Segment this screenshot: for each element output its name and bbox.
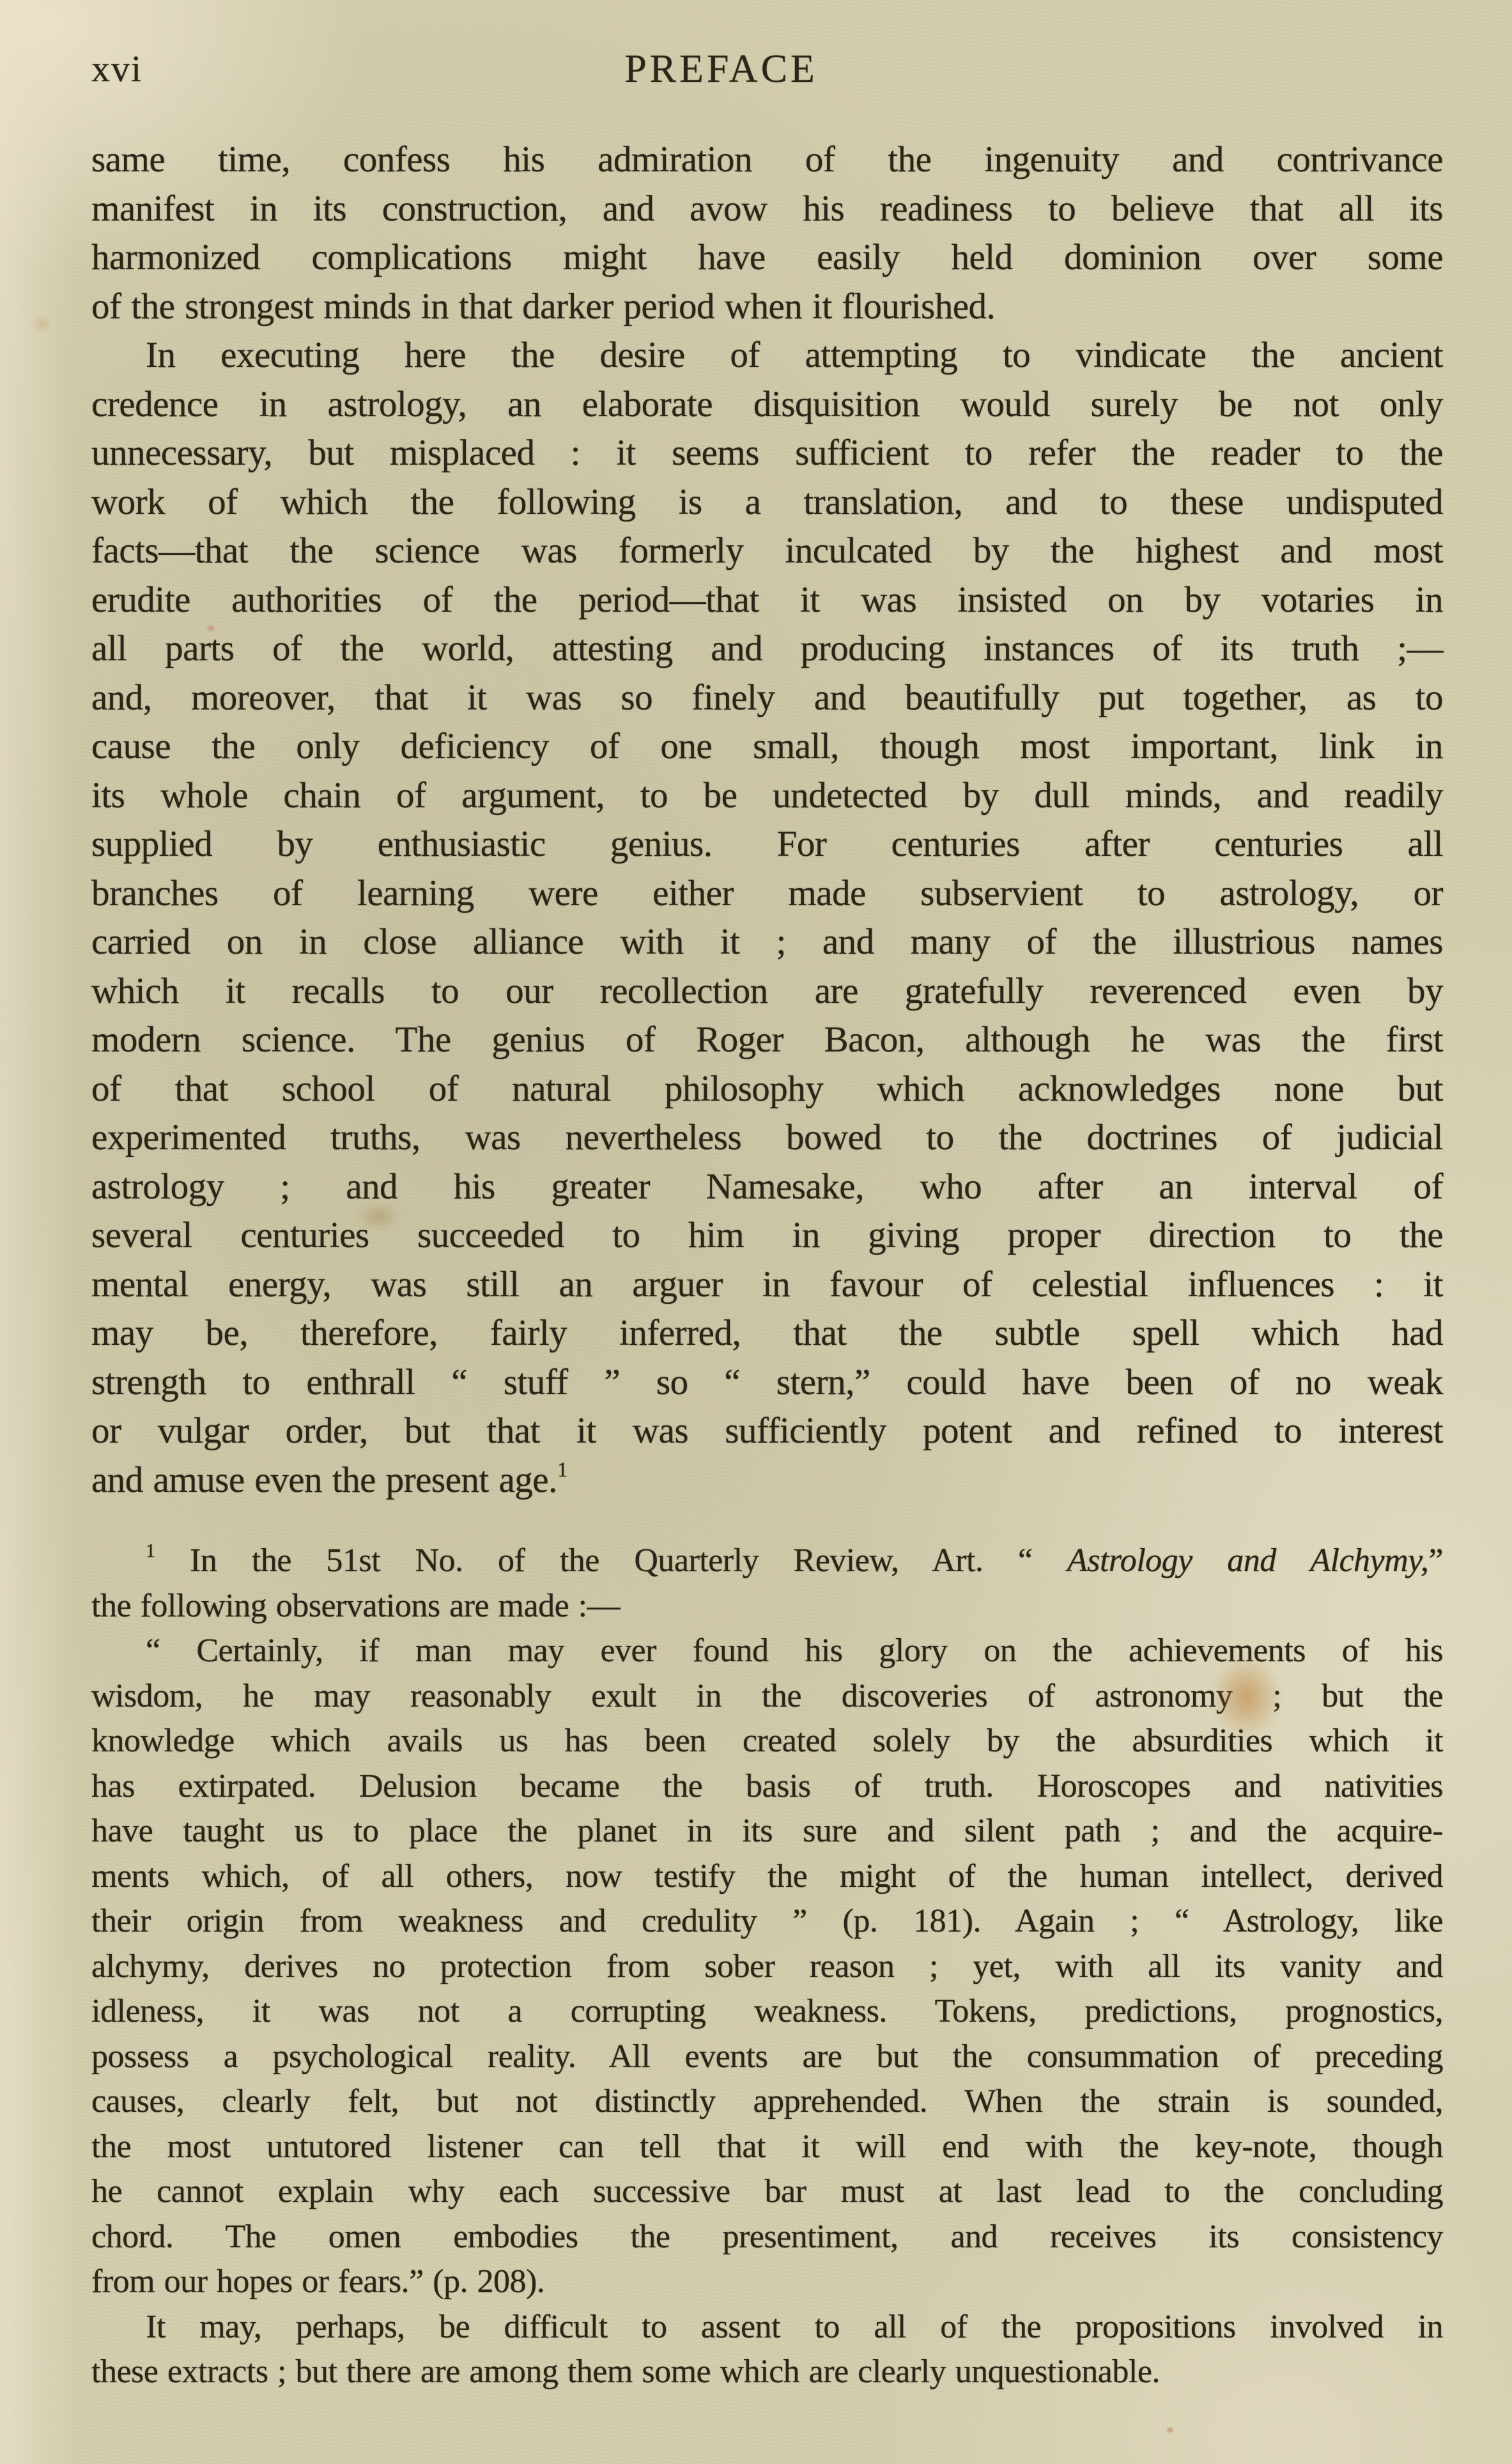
text-line: unnecessary, but misplaced : it seems su… (91, 429, 1443, 478)
text-line: which it recalls to our recollection are… (91, 967, 1443, 1016)
text-line: facts—that the science was formerly incu… (91, 527, 1443, 576)
text-line: idleness, it was not a corrupting weakne… (91, 1989, 1443, 2034)
paper-speck (1166, 2426, 1175, 2434)
text-line: experimented truths, was nevertheless bo… (91, 1113, 1443, 1163)
text-line: or vulgar order, but that it was suffici… (91, 1407, 1443, 1456)
text-line: strength to enthrall “ stuff ” so “ ster… (91, 1358, 1443, 1407)
page-header: xvi PREFACE (91, 42, 1443, 96)
text-line: several centuries succeeded to him in gi… (91, 1211, 1443, 1260)
text-line: ments which, of all others, now testify … (91, 1854, 1443, 1900)
scanned-book-page: xvi PREFACE same time, confess his admir… (0, 0, 1512, 2464)
text-line: causes, clearly felt, but not distinctly… (91, 2079, 1443, 2125)
paragraph: “ Certainly, if man may ever found his g… (91, 1629, 1443, 2305)
text-line: has extirpated. Delusion became the basi… (91, 1764, 1443, 1809)
text-line: manifest in its construction, and avow h… (91, 185, 1443, 234)
text-line: from our hopes or fears.” (p. 208). (91, 2259, 1443, 2305)
text-line: supplied by enthusiastic genius. For cen… (91, 820, 1443, 869)
text-line: mental energy, was still an arguer in fa… (91, 1260, 1443, 1310)
text-line: of that school of natural philosophy whi… (91, 1065, 1443, 1114)
text-line: possess a psychological reality. All eve… (91, 2034, 1443, 2080)
text-line: of the strongest minds in that darker pe… (91, 283, 1443, 332)
text-line: In executing here the desire of attempti… (91, 331, 1443, 380)
text-line: the most untutored listener can tell tha… (91, 2125, 1443, 2170)
text-line: all parts of the world, attesting and pr… (91, 624, 1443, 674)
text-line: “ Certainly, if man may ever found his g… (91, 1629, 1443, 1674)
paragraph: In executing here the desire of attempti… (91, 331, 1443, 1505)
footnote-marker: 1 (146, 1540, 155, 1561)
text-line: carried on in close alliance with it ; a… (91, 918, 1443, 967)
paragraph: same time, confess his admiration of the… (91, 136, 1443, 331)
text-line: their origin from weakness and credulity… (91, 1899, 1443, 1944)
italic-text: Astrology and Alchymy, (1067, 1542, 1428, 1579)
text-line: modern science. The genius of Roger Baco… (91, 1016, 1443, 1065)
text-line: astrology ; and his greater Namesake, wh… (91, 1163, 1443, 1212)
body-text: same time, confess his admiration of the… (91, 136, 1443, 1505)
text-line: the following observations are made :— (91, 1584, 1443, 1629)
paragraph: It may, perhaps, be difficult to assent … (91, 2305, 1443, 2395)
text-line: may be, therefore, fairly inferred, that… (91, 1309, 1443, 1358)
text-line: he cannot explain why each successive ba… (91, 2169, 1443, 2215)
text-line: cause the only deficiency of one small, … (91, 722, 1443, 771)
text-line: work of which the following is a transla… (91, 478, 1443, 527)
text-line: It may, perhaps, be difficult to assent … (91, 2305, 1443, 2350)
footnote-marker: 1 (557, 1459, 567, 1482)
footnote-text: 1 In the 51st No. of the Quarterly Revie… (91, 1538, 1443, 2395)
text-line: and, moreover, that it was so finely and… (91, 674, 1443, 723)
text-line: knowledge which avails us has been creat… (91, 1719, 1443, 1764)
text-line: its whole chain of argument, to be undet… (91, 771, 1443, 821)
text-line: erudite authorities of the period—that i… (91, 576, 1443, 625)
paragraph: 1 In the 51st No. of the Quarterly Revie… (91, 1538, 1443, 1629)
text-line: these extracts ; but there are among the… (91, 2350, 1443, 2395)
text-line: have taught us to place the planet in it… (91, 1809, 1443, 1854)
page-title: PREFACE (45, 42, 1397, 96)
paper-speck (31, 314, 52, 334)
text-line: credence in astrology, an elaborate disq… (91, 380, 1443, 430)
text-line: branches of learning were either made su… (91, 869, 1443, 918)
text-line: and amuse even the present age.1 (91, 1456, 1443, 1505)
text-line: same time, confess his admiration of the… (91, 136, 1443, 185)
text-line: chord. The omen embodies the presentimen… (91, 2215, 1443, 2260)
text-line: alchymy, derives no protection from sobe… (91, 1944, 1443, 1990)
text-line: 1 In the 51st No. of the Quarterly Revie… (91, 1538, 1443, 1584)
text-line: harmonized complications might have easi… (91, 233, 1443, 283)
text-line: wisdom, he may reasonably exult in the d… (91, 1674, 1443, 1719)
